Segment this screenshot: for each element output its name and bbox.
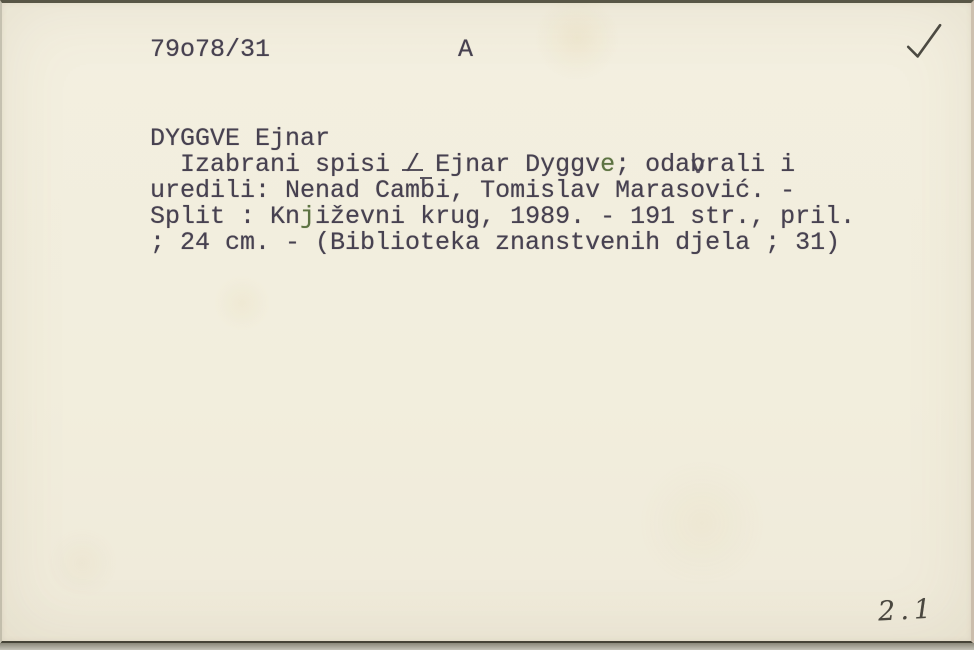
- checkmark-icon: [902, 21, 948, 65]
- handwritten-note: 2.1: [877, 594, 936, 628]
- entry-line: DYGGVE Ejnar: [150, 126, 855, 152]
- entry-line: Izabrani spisi / Ejnar Dyggve; odabrali …: [150, 152, 855, 178]
- entry-line: Split : Književni krug, 1989. - 191 str.…: [150, 204, 855, 230]
- entry-line: uredili: Nenad Cambi, Tomislav Marasović…: [150, 178, 855, 204]
- catalog-entry: DYGGVE Ejnar Izabrani spisi / Ejnar Dygg…: [150, 126, 855, 256]
- call-number: 79o78/31: [150, 35, 270, 64]
- entry-line: ; 24 cm. - (Biblioteka znanstvenih djela…: [150, 230, 855, 256]
- scan-edge: [0, 643, 974, 650]
- section-letter: A: [458, 35, 473, 64]
- catalog-card: 79o78/31 A DYGGVE Ejnar Izabrani spisi /…: [0, 0, 974, 644]
- scanned-image-background: 79o78/31 A DYGGVE Ejnar Izabrani spisi /…: [0, 0, 974, 650]
